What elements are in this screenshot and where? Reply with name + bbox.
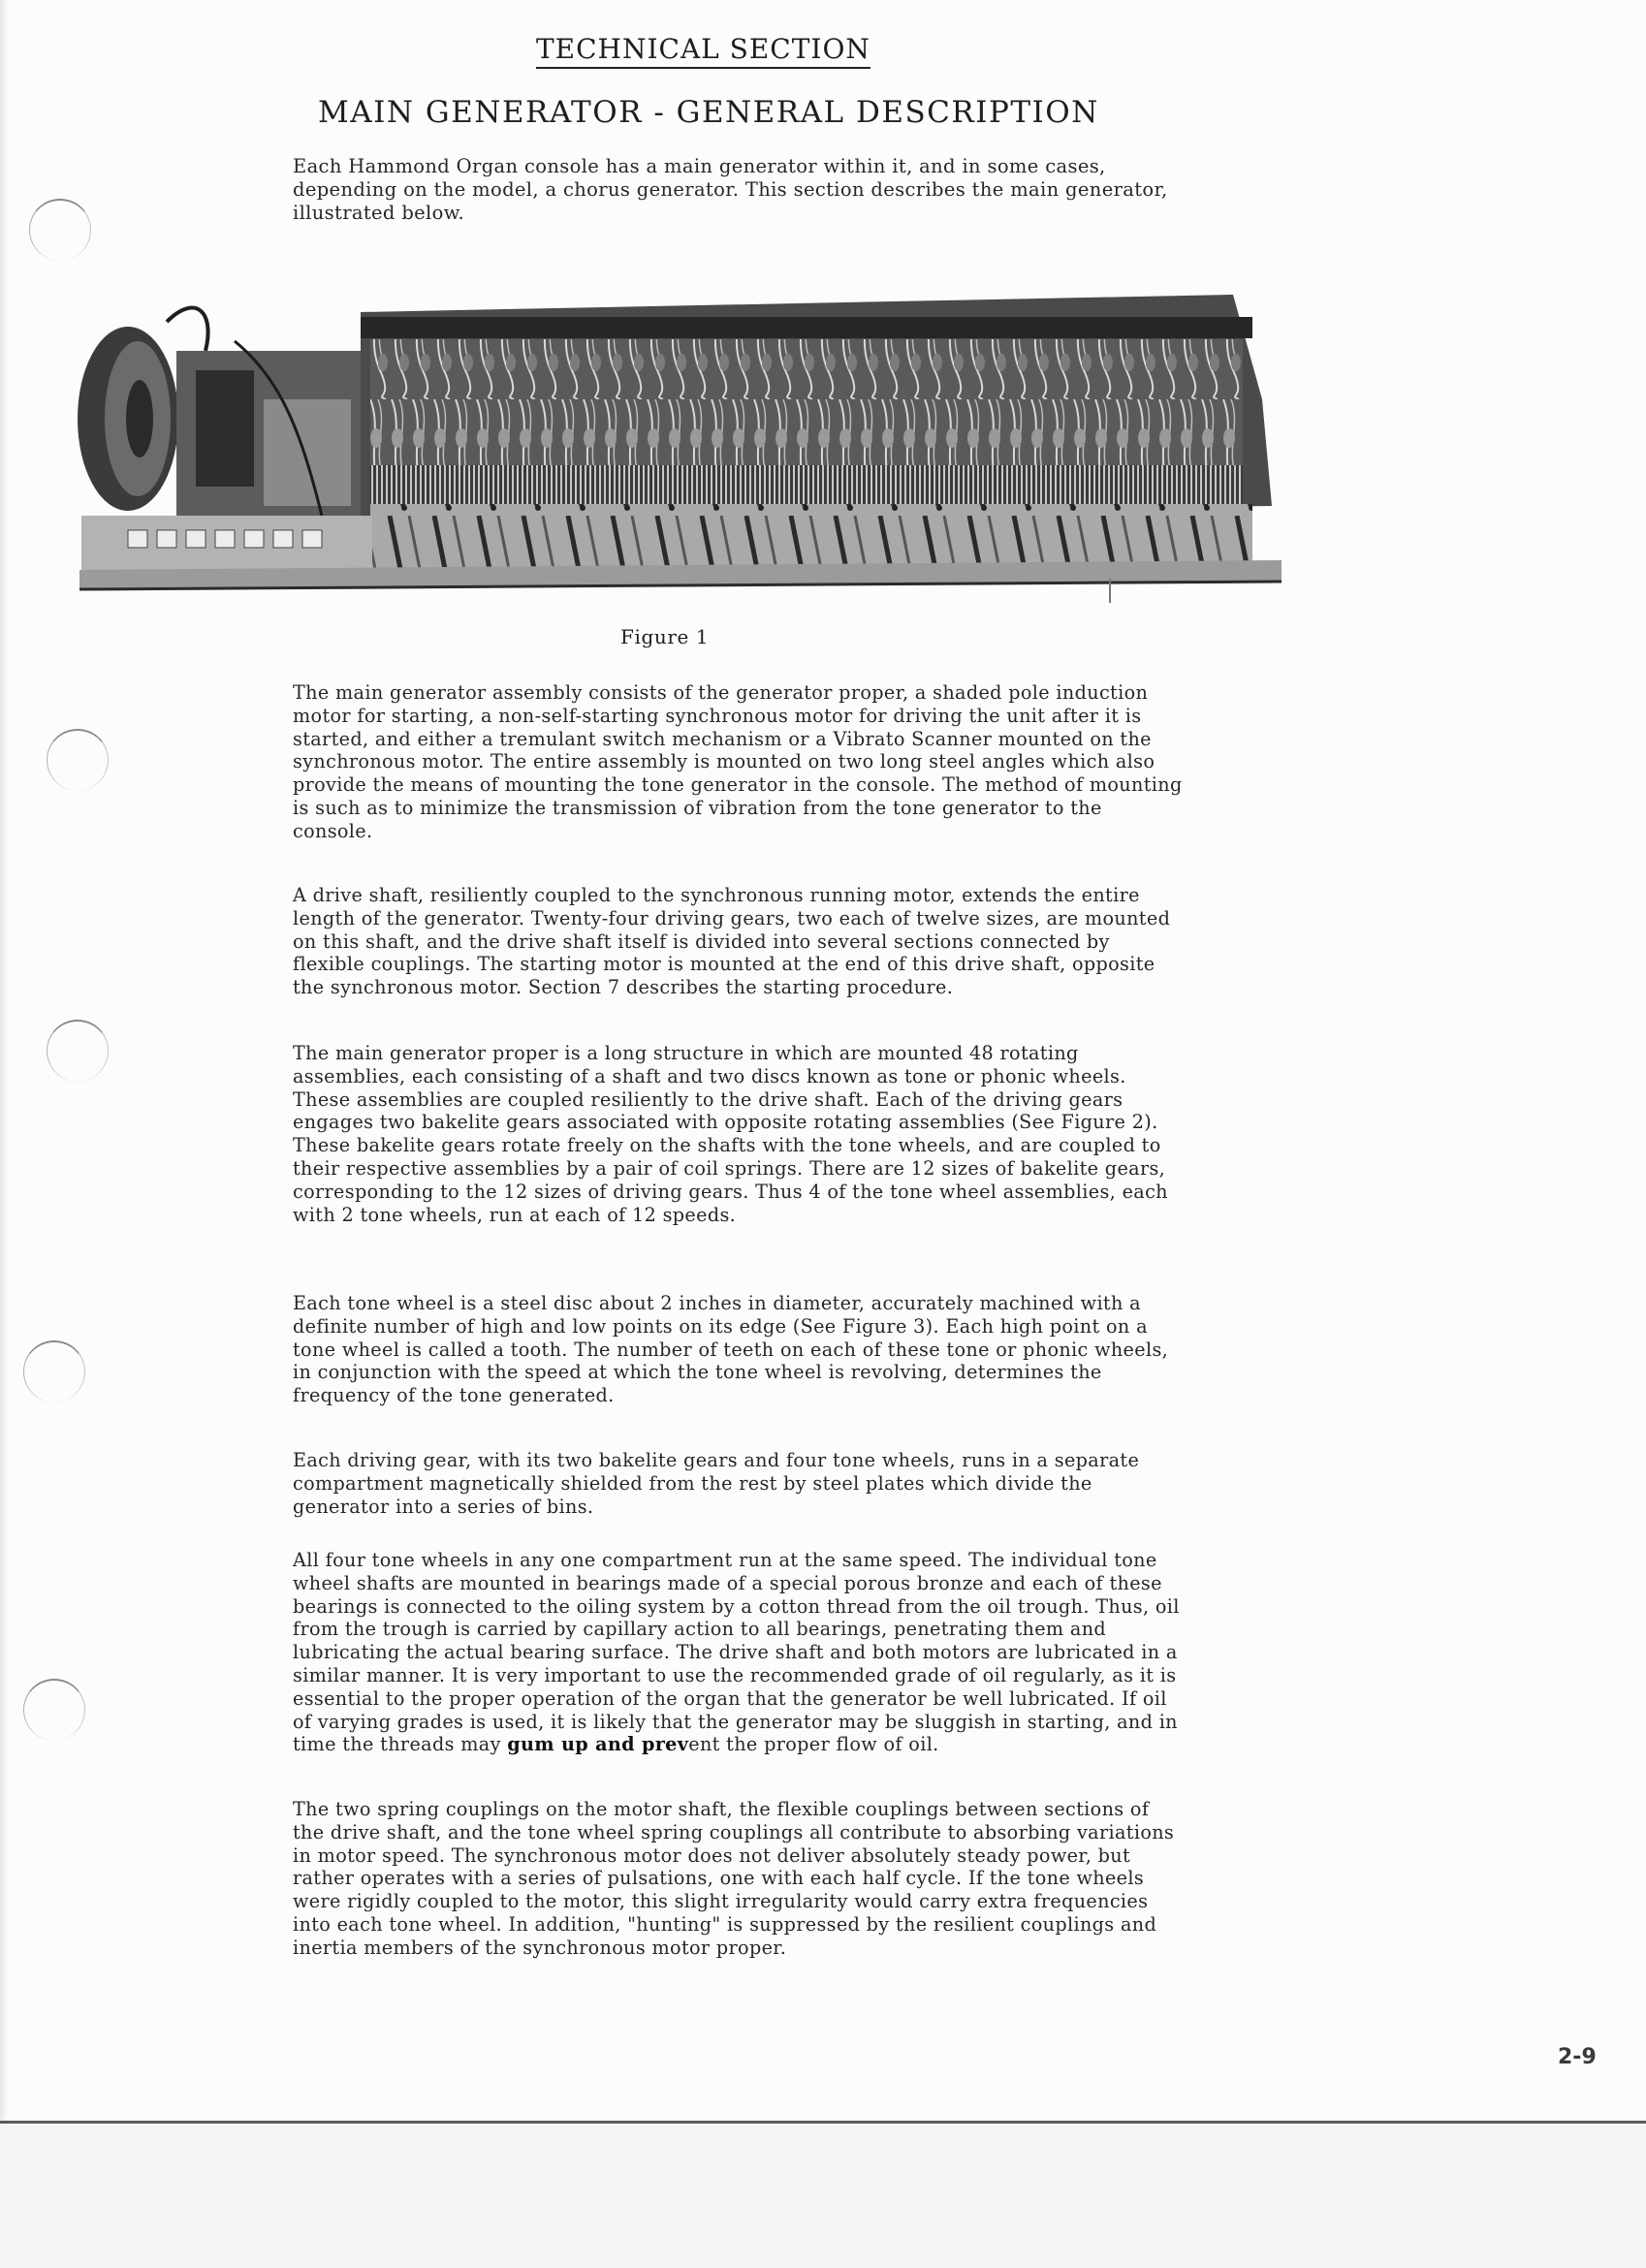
section-heading: TECHNICAL SECTION [536, 33, 870, 69]
body-paragraph: Each tone wheel is a steel disc about 2 … [293, 1292, 1185, 1407]
punch-hole-icon [47, 729, 109, 791]
intro-paragraph: Each Hammond Organ console has a main ge… [293, 155, 1185, 224]
body-paragraph: The two spring couplings on the motor sh… [293, 1798, 1185, 1960]
document-page: TECHNICAL SECTION MAIN GENERATOR - GENER… [0, 0, 1646, 2123]
lubrication-text: All four tone wheels in any one compartm… [293, 1549, 1180, 1755]
lubrication-tail: ent the proper flow of oil. [688, 1733, 938, 1755]
punch-hole-icon [23, 1340, 85, 1402]
figure-caption: Figure 1 [620, 625, 709, 648]
body-paragraph: Each driving gear, with its two bakelite… [293, 1449, 1185, 1518]
page-number: 2-9 [1558, 2045, 1597, 2069]
punch-hole-icon [23, 1679, 85, 1741]
bold-run: gum up and prev [507, 1733, 688, 1755]
generator-photo [70, 283, 1328, 603]
body-paragraph: The main generator assembly consists of … [293, 681, 1185, 843]
body-paragraph: The main generator proper is a long stru… [293, 1042, 1185, 1226]
underlying-sheet [0, 2124, 1646, 2268]
body-paragraph-lubrication: All four tone wheels in any one compartm… [293, 1549, 1185, 1756]
punch-hole-icon [29, 199, 91, 261]
binding-shadow [0, 0, 8, 2123]
punch-hole-icon [47, 1020, 109, 1082]
page-title: MAIN GENERATOR - GENERAL DESCRIPTION [318, 95, 1099, 130]
body-paragraph: A drive shaft, resiliently coupled to th… [293, 884, 1185, 999]
